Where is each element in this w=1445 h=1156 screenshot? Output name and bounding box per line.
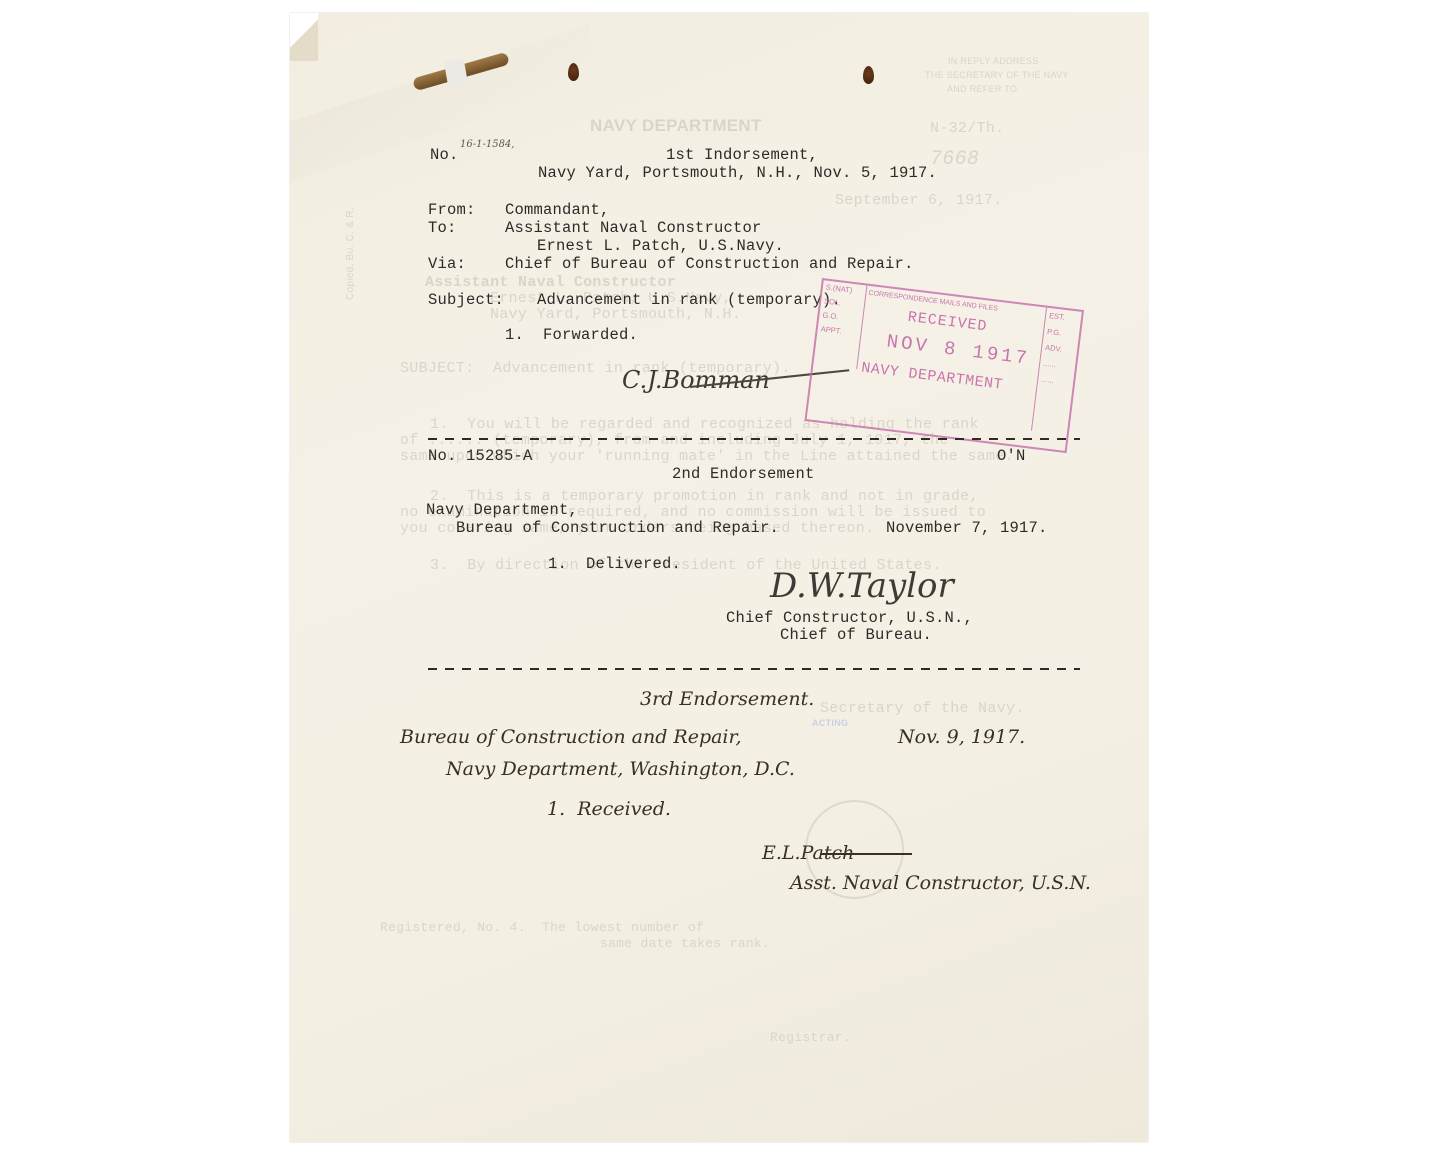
divider-dashed-1 — [428, 438, 1080, 440]
stamp-date: NOV 8 1917 — [885, 330, 1031, 369]
endorsement-title: 1st Indorsement, — [666, 146, 818, 164]
punch-hole-left — [568, 63, 579, 81]
endorsement-title: 3rd Endorsement. — [640, 688, 814, 710]
ghost-letterhead-1: IN REPLY ADDRESS — [948, 56, 1039, 66]
ghost-file-ref: N-32/Th. — [930, 120, 1004, 137]
stamp-right-item: ...... — [1040, 372, 1074, 392]
from-label: From: — [428, 201, 476, 219]
ghost-registered: Registered, No. 4. The lowest number of — [380, 920, 704, 935]
dept-line-1: Bureau of Construction and Repair, — [400, 726, 742, 748]
via-label: Via: — [428, 255, 466, 273]
to-label: To: — [428, 219, 457, 237]
stamp-department: NAVY DEPARTMENT — [860, 360, 1004, 394]
ghost-secretary: Secretary of the Navy. — [820, 700, 1025, 717]
number-label: No. — [430, 146, 459, 164]
divider-dashed-2 — [428, 668, 1080, 670]
ghost-date: September 6, 1917. — [835, 192, 1002, 209]
dept-line-2: Bureau of Construction and Repair. — [456, 519, 779, 537]
initials: O'N — [997, 447, 1026, 465]
item-received: 1. Received. — [547, 798, 671, 820]
ghost-letterhead-3: AND REFER TO — [947, 84, 1017, 94]
subject-value: Advancement in rank (temporary). — [537, 291, 841, 309]
stamp-left-column: S.(NAT) SOL. G.O. APPT. — [814, 280, 868, 369]
endorsement-date: Nov. 9, 1917. — [898, 726, 1025, 748]
ghost-registered-2: same date takes rank. — [600, 936, 770, 951]
punch-hole-right — [863, 66, 874, 84]
ghost-to-1: Assistant Naval Constructor — [425, 274, 676, 291]
subject-label: Subject: — [428, 291, 504, 309]
dept-line-1: Navy Department, — [426, 501, 578, 519]
document-page — [290, 13, 1148, 1142]
stamp-status: RECEIVED — [907, 309, 988, 336]
reference-number: No. 15285-A — [428, 447, 533, 465]
signer-title-1: Chief Constructor, U.S.N., — [726, 609, 973, 627]
dept-line-2: Navy Department, Washington, D.C. — [446, 758, 795, 780]
endorsement-title: 2nd Endorsement — [672, 465, 815, 483]
from-value: Commandant, — [505, 201, 610, 219]
signature-underline — [820, 853, 912, 855]
signer-title: Asst. Naval Constructor, U.S.N. — [790, 872, 1091, 894]
item-forwarded: 1. Forwarded. — [505, 326, 638, 344]
item-delivered: 1. Delivered. — [548, 555, 681, 573]
via-value: Chief of Bureau of Construction and Repa… — [505, 255, 914, 273]
ghost-letterhead-2: THE SECRETARY OF THE NAVY — [925, 70, 1069, 80]
ghost-file-handwritten: 7668 — [930, 148, 979, 171]
endorsement-date: November 7, 1917. — [886, 519, 1048, 537]
handwritten-number: 16-1-1584, — [460, 139, 514, 150]
ghost-margin-note: Copied, Bu. C. & R. — [345, 207, 356, 300]
ghost-department: NAVY DEPARTMENT — [590, 116, 762, 136]
location-date: Navy Yard, Portsmouth, N.H., Nov. 5, 191… — [538, 164, 937, 182]
fastener-tab — [444, 58, 468, 87]
ghost-acting: ACTING — [812, 718, 848, 728]
signer-title-2: Chief of Bureau. — [780, 626, 932, 644]
to-value-1: Assistant Naval Constructor — [505, 219, 762, 237]
ghost-registrar: Registrar. — [770, 1030, 851, 1045]
to-value-2: Ernest L. Patch, U.S.Navy. — [537, 237, 784, 255]
signature-chief-constructor: D.W.Taylor — [770, 566, 954, 606]
